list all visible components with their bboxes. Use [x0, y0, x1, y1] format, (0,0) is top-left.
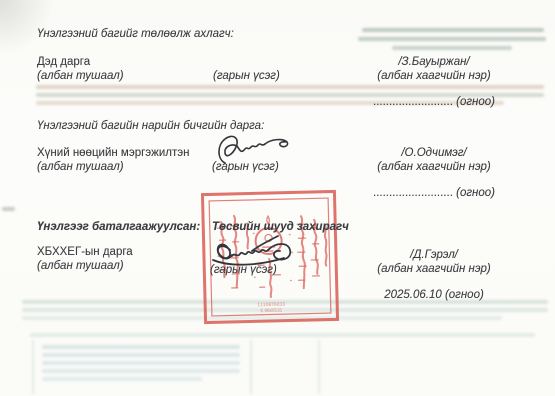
bleed-through-line: [30, 333, 535, 337]
bleed-through-rule: [250, 340, 252, 394]
name-label: (албан хаагчийн нэр): [366, 262, 502, 276]
bleed-through-line: [392, 46, 512, 50]
bleed-through-line: [358, 37, 546, 41]
date-dots: .........................: [373, 187, 453, 199]
name-label: (албан хаагчийн нэр): [366, 160, 502, 174]
bleed-through-line: [42, 353, 240, 357]
signature-label: (гарын үсэг): [213, 69, 280, 83]
signature-scribble-secretary: [213, 133, 293, 167]
bleed-through-line: [42, 369, 240, 373]
bleed-through-mark: [2, 207, 15, 211]
date-label: (огноо): [445, 289, 484, 301]
signer-name: /О.Одчимэг/: [366, 146, 502, 160]
date-line: ......................... (огноо): [366, 95, 502, 109]
stamp-microtext: 1110876033 Б 0640131: [257, 302, 285, 314]
bleed-through-line: [42, 345, 240, 349]
signer-name: /З.Бауыржан/: [366, 55, 502, 69]
bleed-through-line: [362, 28, 544, 32]
date-label: (огноо): [456, 187, 495, 199]
section-heading: Үнэлгээг баталгаажуулсан:: [37, 220, 200, 234]
position-label: (албан тушаал): [37, 259, 124, 273]
date-line: 2025.06.10 (огноо): [366, 288, 502, 302]
bleed-through-line: [36, 85, 544, 89]
section-heading: Үнэлгээний багийн нарийн бичгийн дарга:: [37, 119, 264, 133]
signature-scribble-approver: [200, 228, 305, 272]
section-heading: Үнэлгээний багийг төлөөлж ахлагч:: [37, 27, 234, 41]
bleed-through-rule: [318, 340, 320, 394]
position-title: Хүний нөөцийн мэргэжилтэн: [37, 146, 189, 160]
bleed-through-line: [42, 361, 240, 365]
date-value: 2025.06.10: [384, 289, 442, 301]
position-title: ХБХХЕГ-ын дарга: [37, 245, 133, 259]
date-dots: .........................: [373, 96, 453, 108]
position-label: (албан тушаал): [37, 160, 124, 174]
date-label: (огноо): [456, 96, 495, 108]
scanned-signature-page: 1110876033 Б 0640131 Үнэлгээний багийг т…: [0, 0, 555, 396]
bleed-through-line: [42, 377, 202, 381]
position-label: (албан тушаал): [37, 69, 124, 83]
bleed-through-rule: [32, 340, 34, 394]
signer-name: /Д.Гэрэл/: [366, 248, 502, 262]
stamp-microtext-line2: Б 0640131: [260, 308, 282, 314]
name-label: (албан хаагчийн нэр): [366, 69, 502, 83]
position-title: Дэд дарга: [37, 55, 90, 69]
date-line: ......................... (огноо): [366, 186, 502, 200]
